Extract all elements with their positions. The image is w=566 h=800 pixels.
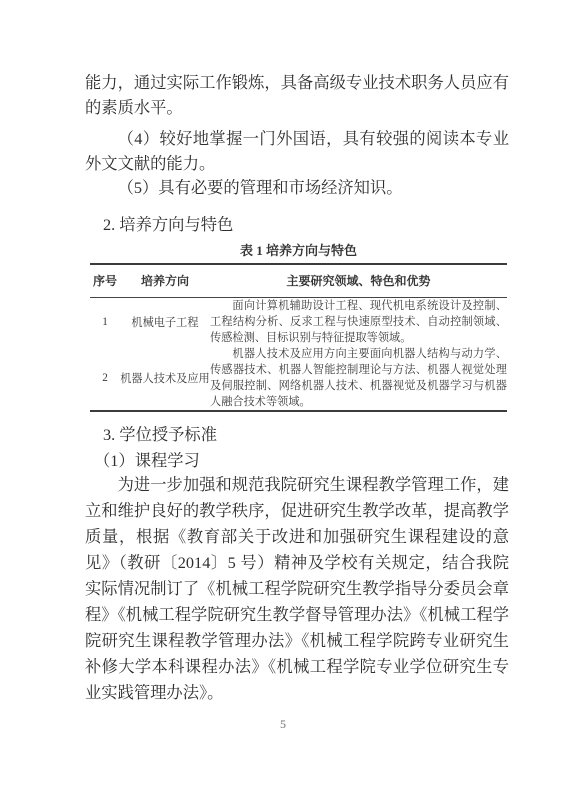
row1-detail: 面向计算机辅助设计工程、现代机电系统设计及控制、工程结构分析、反求工程与快速原型… bbox=[210, 297, 507, 346]
table-row: 1 机械电子工程 面向计算机辅助设计工程、现代机电系统设计及控制、工程结构分析、… bbox=[90, 297, 507, 346]
course-management-paragraph-block: 为进一步加强和规范我院研究生课程教学管理工作，建立和维护良好的教学秩序，促进研究… bbox=[85, 472, 509, 706]
table-header-row: 序号 培养方向 主要研究领域、特色和优势 bbox=[90, 264, 507, 297]
table-row: 2 机器人技术及应用 机器人技术及应用方向主要面向机器人结构与动力学、传感器技术… bbox=[90, 346, 507, 411]
row1-direction: 机械电子工程 bbox=[120, 297, 210, 346]
paragraph-item-4: （4）较好地掌握一门外国语，具有较强的阅读本专业外文文献的能力。 bbox=[85, 127, 509, 176]
row1-number: 1 bbox=[90, 297, 120, 346]
document-page: 能力，通过实际工作锻炼，具备高级专业技术职务人员应有的素质水平。 （4）较好地掌… bbox=[0, 0, 566, 800]
paragraph-ability-continued: 能力，通过实际工作锻炼，具备高级专业技术职务人员应有的素质水平。 bbox=[85, 71, 509, 120]
training-directions-table: 序号 培养方向 主要研究领域、特色和优势 1 机械电子工程 面向计算机辅助设计工… bbox=[90, 263, 507, 412]
row2-direction: 机器人技术及应用 bbox=[120, 346, 210, 411]
table-caption: 表 1 培养方向与特色 bbox=[90, 241, 507, 261]
column-header-no: 序号 bbox=[90, 264, 120, 297]
intro-paragraphs: 能力，通过实际工作锻炼，具备高级专业技术职务人员应有的素质水平。 （4）较好地掌… bbox=[85, 71, 509, 201]
row2-detail: 机器人技术及应用方向主要面向机器人结构与动力学、传感器技术、机器人智能控制理论与… bbox=[210, 346, 507, 411]
course-management-paragraph: 为进一步加强和规范我院研究生课程教学管理工作，建立和维护良好的教学秩序，促进研究… bbox=[85, 472, 509, 706]
column-header-direction: 培养方向 bbox=[120, 264, 210, 297]
section-heading-training-directions: 2. 培养方向与特色 bbox=[103, 212, 523, 238]
page-number: 5 bbox=[0, 717, 566, 731]
section-heading-degree-standards: 3. 学位授予标准 bbox=[103, 422, 523, 448]
row2-number: 2 bbox=[90, 346, 120, 411]
sub-heading-course-study: （1）课程学习 bbox=[94, 448, 514, 474]
paragraph-item-5: （5）具有必要的管理和市场经济知识。 bbox=[85, 176, 509, 201]
column-header-detail: 主要研究领域、特色和优势 bbox=[210, 264, 507, 297]
